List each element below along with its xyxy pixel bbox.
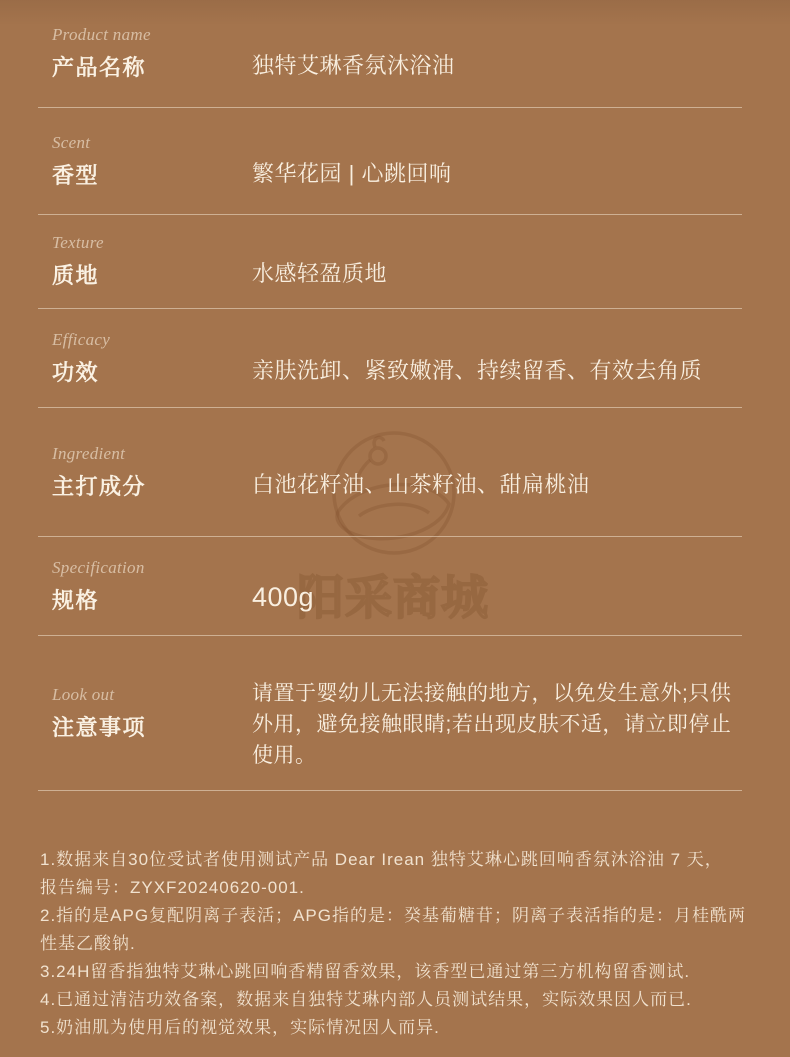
row-label-block: Ingredient 主打成分 — [52, 444, 252, 501]
row-label-block: Specification 规格 — [52, 558, 252, 615]
footnotes: 1.数据来自30位受试者使用测试产品 Dear Irean 独特艾琳心跳回响香氛… — [40, 846, 770, 1042]
row-label-en: Look out — [52, 685, 252, 705]
row-label-en: Specification — [52, 558, 252, 578]
spec-row-scent: Scent 香型 繁华花园 | 心跳回响 — [0, 108, 790, 214]
row-label-block: Scent 香型 — [52, 133, 252, 190]
row-value: 亲肤洗卸、紧致嫩滑、持续留香、有效去角质 — [252, 354, 790, 385]
product-spec-sheet: Product name 产品名称 独特艾琳香氛沐浴油 Scent 香型 繁华花… — [0, 0, 790, 1042]
footnote-line: 3.24H留香指独特艾琳心跳回响香精留香效果，该香型已通过第三方机构留香测试. — [40, 958, 770, 986]
footnote-line: 报告编号：ZYXF20240620-001. — [40, 874, 770, 902]
row-label-en: Ingredient — [52, 444, 252, 464]
row-label-zh: 功效 — [52, 356, 252, 387]
row-value: 400g — [252, 582, 790, 613]
row-label-zh: 注意事项 — [52, 711, 252, 742]
row-label-block: Efficacy 功效 — [52, 330, 252, 387]
footnote-line: 1.数据来自30位受试者使用测试产品 Dear Irean 独特艾琳心跳回响香氛… — [40, 846, 770, 874]
row-label-zh: 产品名称 — [52, 51, 252, 82]
spec-row-ingredient: Ingredient 主打成分 白池花籽油、山茶籽油、甜扁桃油 — [0, 408, 790, 536]
spec-row-look-out: Look out 注意事项 请置于婴幼儿无法接触的地方，以免发生意外;只供外用，… — [0, 636, 790, 790]
spec-row-product-name: Product name 产品名称 独特艾琳香氛沐浴油 — [0, 0, 790, 107]
row-label-block: Texture 质地 — [52, 233, 252, 290]
row-value: 请置于婴幼儿无法接触的地方，以免发生意外;只供外用，避免接触眼睛;若出现皮肤不适… — [252, 678, 766, 771]
row-label-en: Efficacy — [52, 330, 252, 350]
spec-row-efficacy: Efficacy 功效 亲肤洗卸、紧致嫩滑、持续留香、有效去角质 — [0, 309, 790, 407]
spec-row-specification: Specification 规格 400g — [0, 537, 790, 635]
row-value: 水感轻盈质地 — [252, 257, 790, 288]
row-label-zh: 质地 — [52, 259, 252, 290]
row-label-en: Product name — [52, 25, 252, 45]
row-value: 独特艾琳香氛沐浴油 — [252, 49, 790, 80]
spec-row-texture: Texture 质地 水感轻盈质地 — [0, 215, 790, 308]
footnote-line: 4.已通过清洁功效备案，数据来自独特艾琳内部人员测试结果，实际效果因人而已. — [40, 986, 770, 1014]
footnote-line: 5.奶油肌为使用后的视觉效果，实际情况因人而异. — [40, 1014, 770, 1042]
footnote-line: 性基乙酸钠. — [40, 930, 770, 958]
row-label-zh: 香型 — [52, 159, 252, 190]
row-label-en: Texture — [52, 233, 252, 253]
row-divider — [38, 790, 742, 791]
row-value: 繁华花园 | 心跳回响 — [252, 157, 790, 188]
row-label-block: Look out 注意事项 — [52, 685, 252, 742]
row-label-block: Product name 产品名称 — [52, 25, 252, 82]
footnote-line: 2.指的是APG复配阴离子表活；APG指的是：癸基葡糖苷；阴离子表活指的是：月桂… — [40, 902, 770, 930]
row-label-zh: 规格 — [52, 584, 252, 615]
row-label-zh: 主打成分 — [52, 470, 252, 501]
row-value: 白池花籽油、山茶籽油、甜扁桃油 — [252, 468, 790, 499]
row-label-en: Scent — [52, 133, 252, 153]
